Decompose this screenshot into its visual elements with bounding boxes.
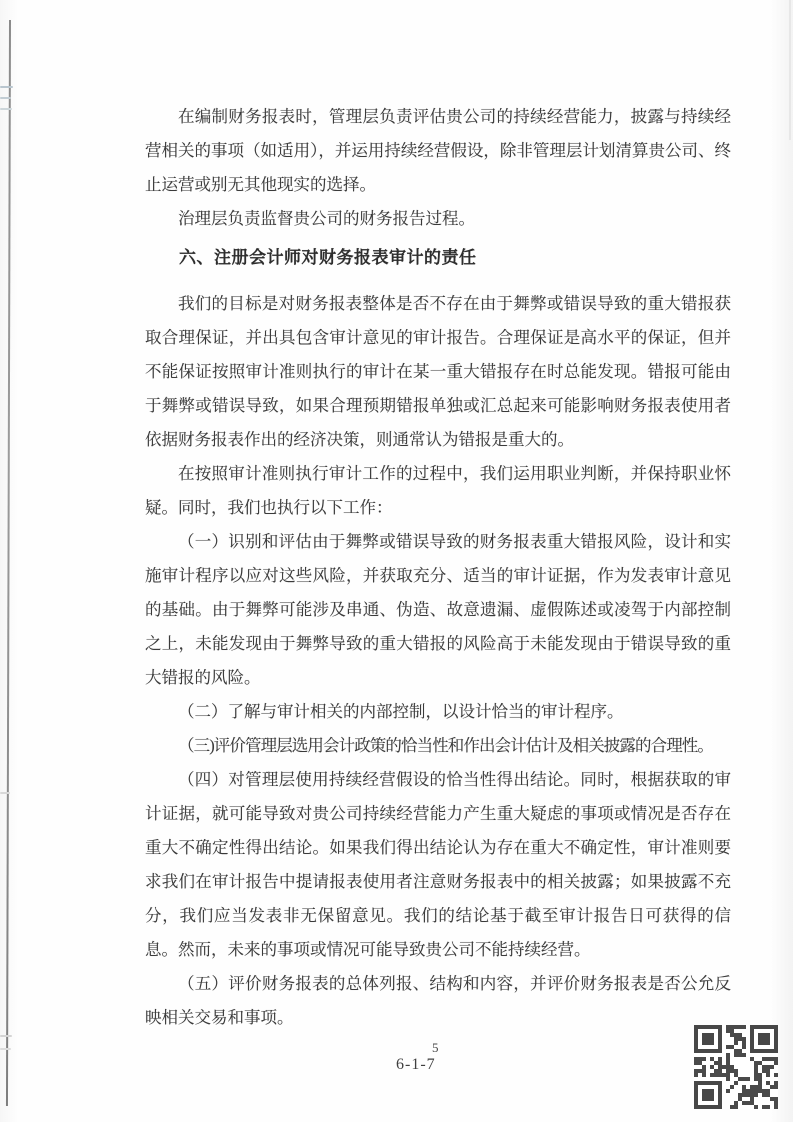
scan-mark (0, 97, 11, 99)
paragraph-governance-oversight: 治理层负责监督贵公司的财务报告过程。 (145, 202, 731, 236)
paragraph-going-concern-mgmt: 在编制财务报表时，管理层负责评估贵公司的持续经营能力，披露与持续经营相关的事项（… (145, 100, 731, 202)
page-number: 5 (432, 1040, 439, 1056)
scan-mark (0, 1035, 12, 1037)
scan-mark (0, 792, 10, 794)
paragraph-professional-judgment: 在按照审计准则执行审计工作的过程中，我们运用职业判断，并保持职业怀疑。同时，我们… (145, 457, 731, 525)
document-body: 在编制财务报表时，管理层负责评估贵公司的持续经营能力，披露与持续经营相关的事项（… (145, 100, 731, 1035)
section-heading-auditor-responsibility: 六、注册会计师对财务报表审计的责任 (145, 241, 731, 275)
paragraph-item-5-overall-presentation: （五）评价财务报表的总体列报、结构和内容，并评价财务报表是否公允反映相关交易和事… (145, 967, 731, 1035)
paragraph-item-1-risk-assessment: （一）识别和评估由于舞弊或错误导致的财务报表重大错报风险，设计和实施审计程序以应… (145, 525, 731, 695)
scan-mark (0, 1048, 11, 1050)
scan-mark (0, 108, 12, 110)
paragraph-item-3-accounting-policies: （三)评价管理层选用会计政策的恰当性和作出会计估计及相关披露的合理性。 (145, 729, 731, 763)
scanned-page: 在编制财务报表时，管理层负责评估贵公司的持续经营能力，披露与持续经营相关的事项（… (0, 0, 793, 1122)
paragraph-item-2-internal-control: （二）了解与审计相关的内部控制，以设计恰当的审计程序。 (145, 695, 731, 729)
scan-binding-edge (6, 20, 11, 1106)
paragraph-item-4-going-concern-conclusion: （四）对管理层使用持续经营假设的恰当性得出结论。同时，根据获取的审计证据，就可能… (145, 763, 731, 967)
document-page-code: 6-1-7 (396, 1056, 436, 1074)
paragraph-audit-objective: 我们的目标是对财务报表整体是否不存在由于舞弊或错误导致的重大错报获取合理保证，并… (145, 287, 731, 457)
scan-mark (0, 86, 13, 88)
qr-code-graphic (694, 1025, 778, 1109)
scan-right-edge (789, 0, 791, 140)
qr-code (690, 1024, 782, 1110)
